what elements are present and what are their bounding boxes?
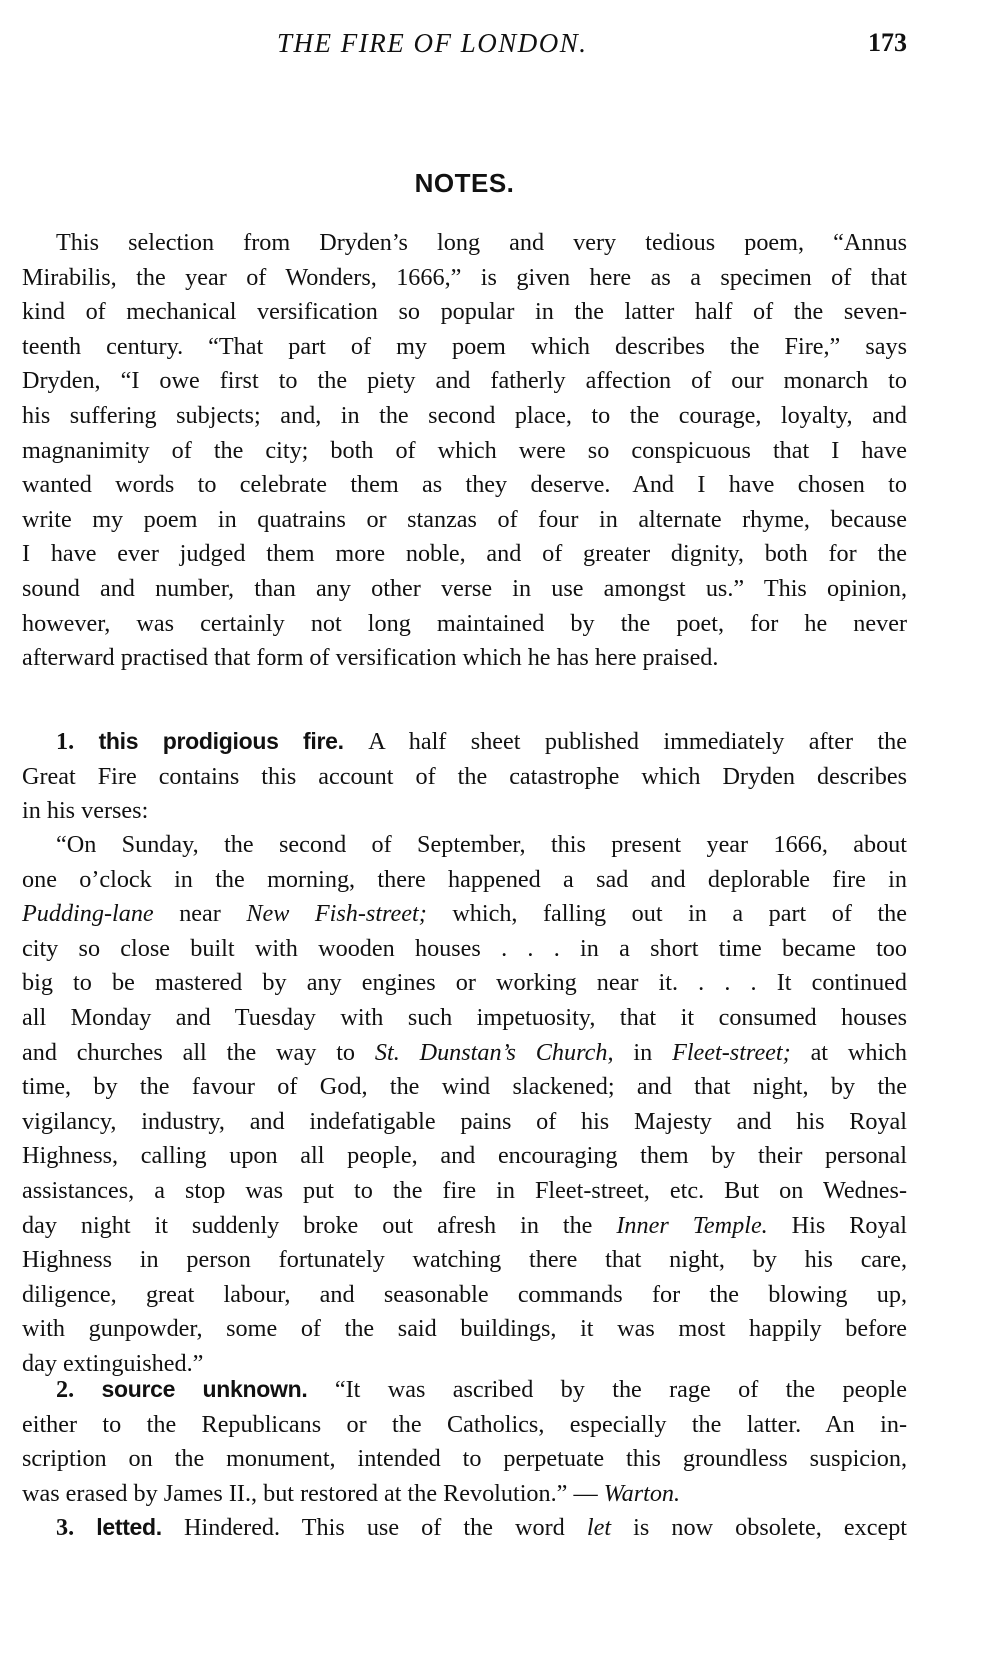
text-run: one o’clock in the morning, there happen… [22, 866, 907, 893]
text-run: at which [791, 1039, 907, 1066]
text-run: is now obsolete, except [611, 1514, 907, 1541]
text-run: was erased by James II., but restored at… [22, 1480, 604, 1507]
text-run: wanted words to celebrate them as they d… [22, 471, 907, 498]
page-number: 173 [868, 28, 907, 58]
text-line: assistances, a stop was put to the fire … [22, 1174, 907, 1209]
note-3: 3. letted. Hindered. This use of the wor… [22, 1510, 907, 1546]
text-run: Great Fire contains this account of the … [22, 763, 907, 790]
text-line: Great Fire contains this account of the … [22, 760, 907, 795]
text-line: teenth century. “That part of my poem wh… [22, 330, 907, 365]
text-line: “On Sunday, the second of September, thi… [22, 828, 907, 863]
note-2: 2. source unknown. “It was ascribed by t… [22, 1372, 907, 1511]
text-line: was erased by James II., but restored at… [22, 1477, 907, 1512]
text-run: however, was certainly not long maintain… [22, 610, 907, 637]
italic-text: New Fish-street; [246, 900, 426, 927]
text-run: Highness in person fortunately watching … [22, 1246, 907, 1273]
note-1-quotation: “On Sunday, the second of September, thi… [22, 828, 907, 1382]
text-run: near [154, 900, 247, 927]
text-line: time, by the favour of God, the wind sla… [22, 1070, 907, 1105]
text-run: Mirabilis, the year of Wonders, 1666,” i… [22, 264, 907, 291]
text-line: Mirabilis, the year of Wonders, 1666,” i… [22, 261, 907, 296]
text-line: his suffering subjects; and, in the seco… [22, 399, 907, 434]
text-line: one o’clock in the morning, there happen… [22, 863, 907, 898]
text-line: all Monday and Tuesday with such impetuo… [22, 1001, 907, 1036]
text-run: day night it suddenly broke out afresh i… [22, 1212, 616, 1239]
text-line: Highness in person fortunately watching … [22, 1243, 907, 1278]
text-run: I have ever judged them more noble, and … [22, 540, 907, 567]
text-run: in his verses: [22, 797, 148, 824]
running-head: THE FIRE OF LONDON. 173 [22, 28, 907, 68]
text-run: diligence, great labour, and seasonable … [22, 1281, 907, 1308]
running-title: THE FIRE OF LONDON. [277, 28, 588, 59]
text-run: “On Sunday, the second of September, thi… [56, 831, 907, 858]
text-line: afterward practised that form of versifi… [22, 641, 907, 676]
text-line: write my poem in quatrains or stanzas of… [22, 503, 907, 538]
note-lemma: letted. [96, 1514, 184, 1540]
text-run: teenth century. “That part of my poem wh… [22, 333, 907, 360]
text-run: city so close built with wooden houses .… [22, 935, 907, 962]
text-line: scription on the monument, intended to p… [22, 1442, 907, 1477]
text-line: vigilancy, industry, and indefatigable p… [22, 1105, 907, 1140]
text-line: with gunpowder, some of the said buildin… [22, 1312, 907, 1347]
text-line: diligence, great labour, and seasonable … [22, 1278, 907, 1313]
text-line: big to be mastered by any engines or wor… [22, 966, 907, 1001]
text-line: and churches all the way to St. Dunstan’… [22, 1036, 907, 1071]
note-1: 1. this prodigious fire. A half sheet pu… [22, 724, 907, 829]
note-lemma: this prodigious fire. [99, 728, 369, 754]
text-run: assistances, a stop was put to the fire … [22, 1177, 907, 1204]
text-line: either to the Republicans or the Catholi… [22, 1408, 907, 1443]
text-run: in [614, 1039, 673, 1066]
text-line: Pudding-lane near New Fish-street; which… [22, 897, 907, 932]
italic-text: Warton. [604, 1480, 680, 1507]
note-number: 2. [56, 1376, 102, 1403]
section-heading: NOTES. [22, 168, 907, 199]
text-run: all Monday and Tuesday with such impetuo… [22, 1004, 907, 1031]
text-run: Dryden, “I owe first to the piety and fa… [22, 367, 907, 394]
text-run: kind of mechanical versification so popu… [22, 298, 907, 325]
text-run: with gunpowder, some of the said buildin… [22, 1315, 907, 1342]
text-run: and churches all the way to [22, 1039, 375, 1066]
text-line: day night it suddenly broke out afresh i… [22, 1209, 907, 1244]
text-run: His Royal [768, 1212, 907, 1239]
text-run: This selection from Dryden’s long and ve… [56, 229, 907, 256]
text-line: 3. letted. Hindered. This use of the wor… [22, 1510, 907, 1546]
text-line: sound and number, than any other verse i… [22, 572, 907, 607]
text-run: “It was ascribed by the rage of the peop… [335, 1376, 907, 1403]
text-line: wanted words to celebrate them as they d… [22, 468, 907, 503]
text-line: I have ever judged them more noble, and … [22, 537, 907, 572]
text-run: magnanimity of the city; both of which w… [22, 437, 907, 464]
text-run: big to be mastered by any engines or wor… [22, 969, 907, 996]
text-run: afterward practised that form of versifi… [22, 644, 718, 671]
italic-text: Inner Temple. [616, 1212, 767, 1239]
text-line: kind of mechanical versification so popu… [22, 295, 907, 330]
text-line: in his verses: [22, 794, 907, 829]
text-run: Highness, calling upon all people, and e… [22, 1142, 907, 1169]
text-line: Dryden, “I owe first to the piety and fa… [22, 364, 907, 399]
text-line: 1. this prodigious fire. A half sheet pu… [22, 724, 907, 760]
text-line: city so close built with wooden houses .… [22, 932, 907, 967]
italic-text: Pudding-lane [22, 900, 154, 927]
text-run: scription on the monument, intended to p… [22, 1445, 907, 1472]
italic-text: St. Dunstan’s Church, [375, 1039, 614, 1066]
text-run: write my poem in quatrains or stanzas of… [22, 506, 907, 533]
text-line: however, was certainly not long maintain… [22, 607, 907, 642]
text-run: which, falling out in a part of the [427, 900, 907, 927]
text-run: time, by the favour of God, the wind sla… [22, 1073, 907, 1100]
text-run: his suffering subjects; and, in the seco… [22, 402, 907, 429]
text-run: A half sheet published immediately after… [368, 728, 907, 755]
note-number: 1. [56, 728, 99, 755]
italic-text: let [587, 1514, 611, 1541]
italic-text: Fleet-street; [672, 1039, 791, 1066]
text-run: either to the Republicans or the Catholi… [22, 1411, 907, 1438]
note-lemma: source unknown. [102, 1376, 335, 1402]
intro-paragraph: This selection from Dryden’s long and ve… [22, 226, 907, 676]
text-run: Hindered. This use of the word [184, 1514, 587, 1541]
text-run: vigilancy, industry, and indefatigable p… [22, 1108, 907, 1135]
text-line: magnanimity of the city; both of which w… [22, 434, 907, 469]
text-line: 2. source unknown. “It was ascribed by t… [22, 1372, 907, 1408]
note-number: 3. [56, 1514, 96, 1541]
text-run: sound and number, than any other verse i… [22, 575, 907, 602]
text-line: Highness, calling upon all people, and e… [22, 1139, 907, 1174]
text-line: This selection from Dryden’s long and ve… [22, 226, 907, 261]
